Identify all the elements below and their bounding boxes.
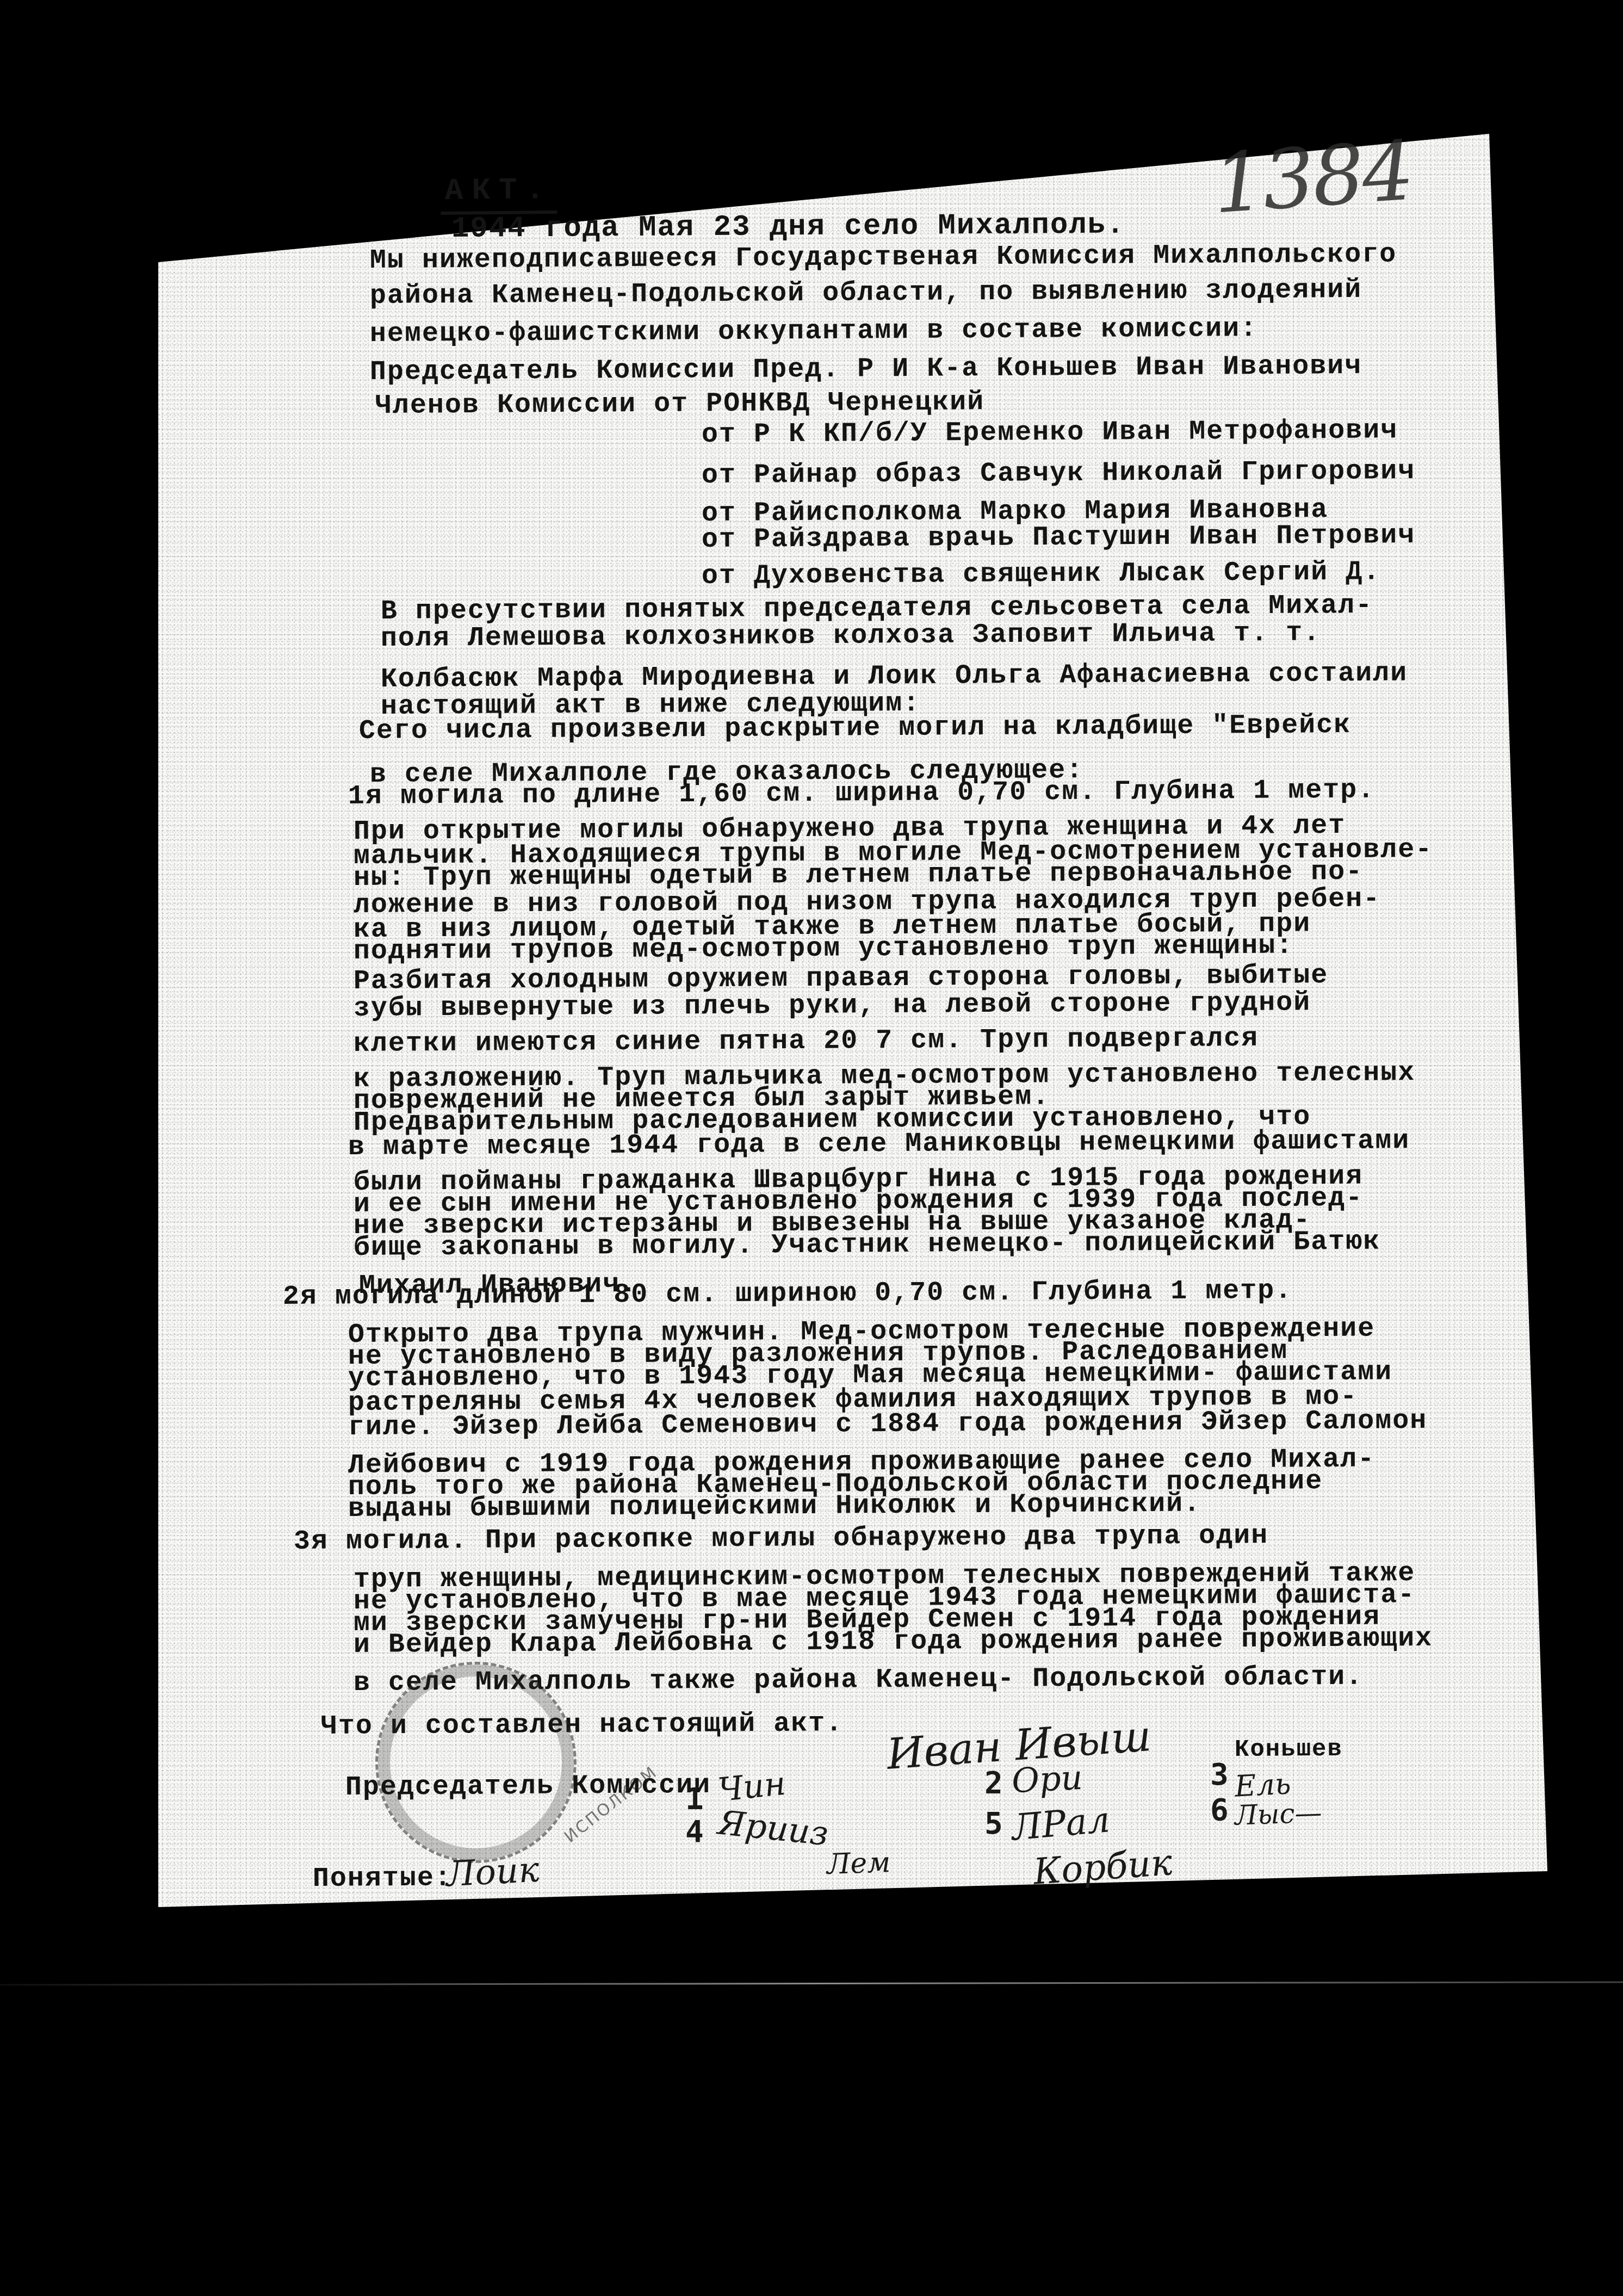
document-title: АКТ. — [441, 172, 557, 215]
document-line: 3я могила. При раскопке могилы обнаружен… — [294, 1523, 1269, 1556]
document-line: района Каменец-Подольской области, по вы… — [370, 277, 1362, 310]
scanner-artifact-line — [0, 1981, 1623, 1985]
document-line: Мы нижеподписавшееся Государственая Коми… — [370, 241, 1397, 275]
document-line: поднятии трупов мед-осмотром установлено… — [354, 932, 1294, 966]
member-number-6: 6 — [1210, 1795, 1229, 1825]
document-line: от Райздрава врачь Пастушин Иван Петрови… — [702, 522, 1415, 554]
witness-signature-3: Корбик — [1032, 1845, 1173, 1890]
member-number-1: 1 — [685, 1784, 704, 1815]
document-line: в марте месяце 1944 года в селе Маниковц… — [348, 1128, 1410, 1161]
document-line: Членов Комиссии от РОНКВД Чернецкий — [375, 389, 984, 420]
member-number-2: 2 — [984, 1768, 1003, 1798]
document-line: Председатель Комиссии Пред. Р И К-а Конь… — [370, 353, 1362, 386]
document-line: Сего числа произвели раскрытие могил на … — [359, 712, 1352, 745]
chairman-label: Председатель Комиссии — [345, 1772, 711, 1802]
document-line: от Райнар образ Савчук Николай Григорови… — [702, 458, 1415, 490]
member-number-3: 3 — [1210, 1760, 1229, 1790]
member-signature-6: Лыс— — [1234, 1799, 1322, 1829]
document-line: бище закопаны в могилу. Участник немецко… — [354, 1228, 1381, 1262]
member-number-5: 5 — [984, 1809, 1003, 1839]
witnesses-label: Понятые: — [313, 1865, 452, 1893]
document-line: немецко-фашистскими оккупантами в состав… — [370, 315, 1258, 348]
document-line: клетки имеются синие пятна 20 7 см. Труп… — [354, 1025, 1259, 1058]
member-signature-1: Чин — [716, 1767, 787, 1807]
document-line: поля Лемешова колхозников колхоза Запови… — [381, 620, 1321, 653]
member-number-4: 4 — [685, 1817, 704, 1847]
member-signature-5: ЛРал — [1010, 1802, 1111, 1846]
document-line: зубы вывернутые из плечь руки, на левой … — [354, 989, 1311, 1023]
document-line: 1я могила по длине 1,60 см. ширина 0,70 … — [348, 777, 1376, 810]
date-line: 1944 года Мая 23 дня село Михалполь. — [451, 211, 1125, 244]
document-line: от Р К КП/б/У Еременко Иван Метрофанович — [702, 417, 1398, 449]
member-signature-2: Ори — [1011, 1761, 1083, 1798]
document-line: и Вейдер Клара Лейбовна с 1918 года рожд… — [354, 1625, 1433, 1659]
member-signature-3: Ель — [1234, 1769, 1292, 1801]
document-line: 2я могила длиной 1 80 см. шириною 0,70 с… — [283, 1278, 1293, 1311]
document-line: гиле. Эйзер Лейба Семенович с 1884 года … — [348, 1408, 1428, 1441]
document-line: выданы бывшими полицейскими Николюк и Ко… — [348, 1490, 1201, 1523]
chairman-signature-name: Коньшев — [1235, 1737, 1343, 1762]
witness-signature-2: Лем — [826, 1848, 891, 1879]
witness-signature-1: Лоик — [445, 1853, 540, 1892]
archive-number: 1384 — [1210, 123, 1415, 232]
document-line: от Духовенства священик Лысак Сергий Д. — [702, 559, 1380, 590]
